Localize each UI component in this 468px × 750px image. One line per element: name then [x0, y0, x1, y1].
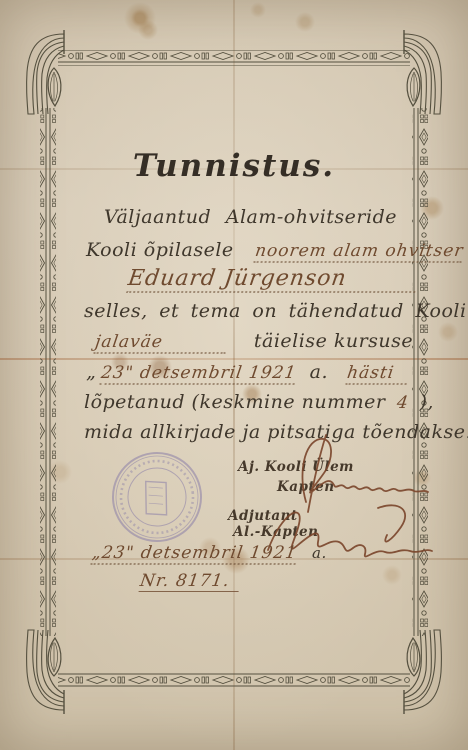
round-seal-stamp	[110, 450, 204, 544]
body-line-7-start: lõpetanud (keskmine nummer	[84, 391, 385, 413]
certificate-title: Tunnistus.	[0, 148, 468, 184]
certificate-page: Tunnistus. Väljaantud Alam-ohvitseride K…	[0, 0, 468, 750]
handwritten-date: 23" detsembril 1921	[100, 363, 298, 385]
year-suffix: a.	[310, 361, 328, 383]
handwritten-name: Eduard Jürgenson	[126, 266, 418, 293]
body-line-4: selles, et tema on tähendatud Kooli	[84, 300, 467, 322]
footer-handwritten-date: „23" detsembril 1921	[90, 543, 298, 565]
handwritten-grade: hästi	[346, 363, 410, 385]
certificate-number: Nr. 8171.	[139, 571, 242, 592]
handwritten-branch: jalaväe	[93, 332, 228, 354]
body-line-5-printed: täielise kursuse	[254, 330, 413, 352]
body-line-7-end: ),	[419, 391, 433, 413]
open-quote: „	[86, 361, 96, 383]
body-line-1: Väljaantud Alam-ohvitseride	[104, 206, 397, 228]
body-line-2-printed: Kooli õpilasele	[86, 239, 234, 261]
footer-year-suffix: a.	[312, 544, 327, 562]
handwritten-average-number: 4	[395, 393, 410, 413]
handwritten-rank: noorem alam ohvitser	[253, 241, 464, 263]
